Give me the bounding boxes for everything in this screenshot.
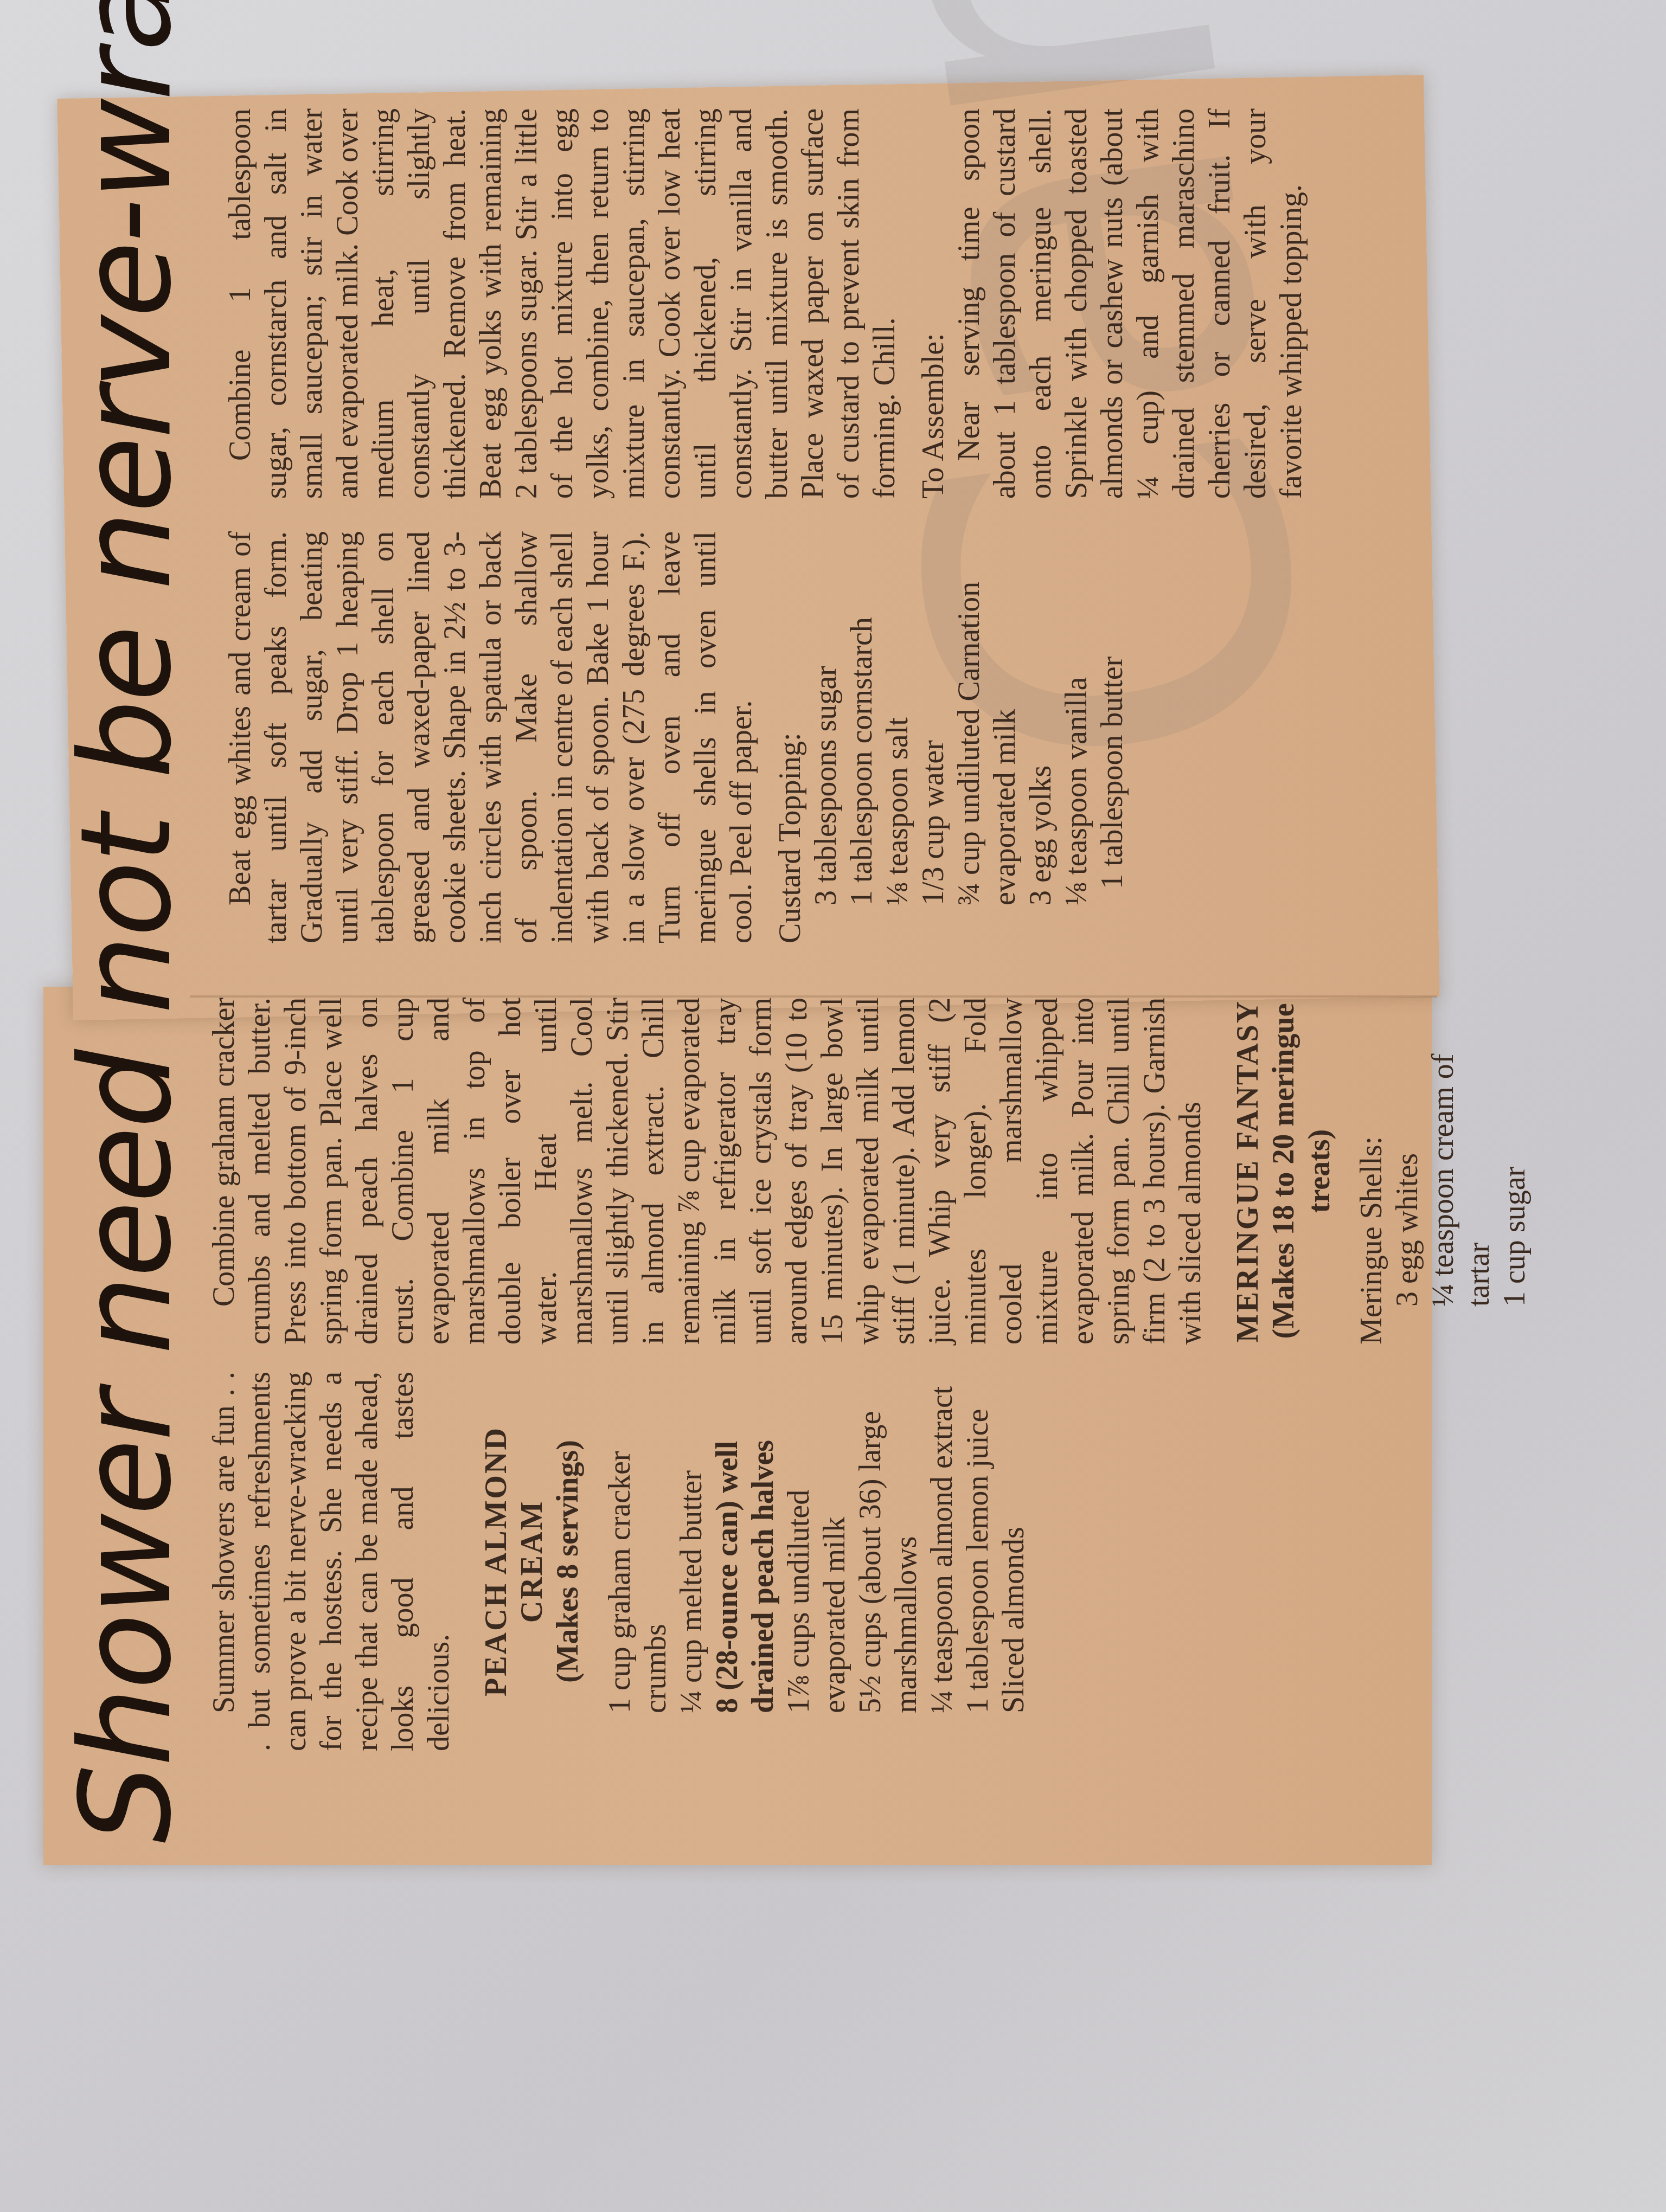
- ingredient: ¼ teaspoon almond extract: [924, 1372, 960, 1751]
- meringue-shells-method: Beat egg whites and cream of tartar unti…: [222, 531, 759, 943]
- ingredient: 1 cup sugar: [1497, 998, 1533, 1345]
- meringue-fantasy-yield: (Makes 18 to 20 meringue treats): [1266, 998, 1337, 1345]
- column-peach-method: Combine graham cracker crumbs and melted…: [206, 998, 1533, 1345]
- custard-method: Combine 1 tablespoon sugar, cornstarch a…: [222, 108, 902, 499]
- ingredient: Sliced almonds: [996, 1372, 1031, 1751]
- ingredient: ⅛ teaspoon salt: [880, 531, 915, 943]
- ingredient: ¼ teaspoon cream of tartar: [1425, 998, 1497, 1345]
- custard-topping-label: Custard Topping:: [772, 531, 808, 943]
- ingredient: 3 egg whites: [1389, 998, 1425, 1345]
- ingredient: ⅛ teaspoon vanilla: [1059, 531, 1094, 943]
- ingredient: 3 egg yolks: [1023, 531, 1059, 943]
- meringue-shells-label: Meringue Shells:: [1354, 998, 1389, 1345]
- ingredient: ¼ cup melted butter: [674, 1372, 709, 1751]
- meringue-fantasy-title: MERINGUE FANTASY: [1230, 998, 1266, 1345]
- ingredient: 5½ cups (about 36) large marshmallows: [853, 1372, 924, 1751]
- ingredient: 8 (28-ounce can) well drained peach halv…: [709, 1372, 781, 1751]
- peach-almond-cream-title: PEACH ALMOND CREAM: [478, 1372, 550, 1751]
- ingredient: 1 tablespoon butter: [1094, 531, 1130, 943]
- column-custard-assembly: Combine 1 tablespoon sugar, cornstarch a…: [222, 108, 1309, 499]
- ingredient: 3 tablespoons sugar: [808, 531, 844, 943]
- peach-almond-cream-method: Combine graham cracker crumbs and melted…: [206, 998, 1208, 1345]
- intro-paragraph: Summer showers are fun . . . but sometim…: [206, 1372, 457, 1751]
- ingredient: ¾ cup undiluted Carnation evaporated mil…: [951, 531, 1023, 943]
- headline: Shower need not be nerve-wracking: [54, 108, 199, 1843]
- column-meringue-shells: Beat egg whites and cream of tartar unti…: [222, 531, 1130, 943]
- ingredient: 1 tablespoon lemon juice: [960, 1372, 996, 1751]
- peach-almond-cream-yield: (Makes 8 servings): [550, 1372, 586, 1751]
- assemble-label: To Assemble:: [915, 108, 951, 499]
- ingredient: 1⅞ cups undiluted evaporated milk: [781, 1372, 853, 1751]
- newspaper-clipping: Carnation Shower need not be nerve-wrack…: [43, 76, 1627, 1865]
- assemble-method: Near serving time spoon about 1 tablespo…: [951, 108, 1309, 499]
- ingredient: 1 cup graham cracker crumbs: [602, 1372, 674, 1751]
- ingredient: 1 tablespoon cornstarch: [844, 531, 880, 943]
- ingredient: 1/3 cup water: [915, 531, 951, 943]
- column-intro: Summer showers are fun . . . but sometim…: [206, 1372, 1031, 1751]
